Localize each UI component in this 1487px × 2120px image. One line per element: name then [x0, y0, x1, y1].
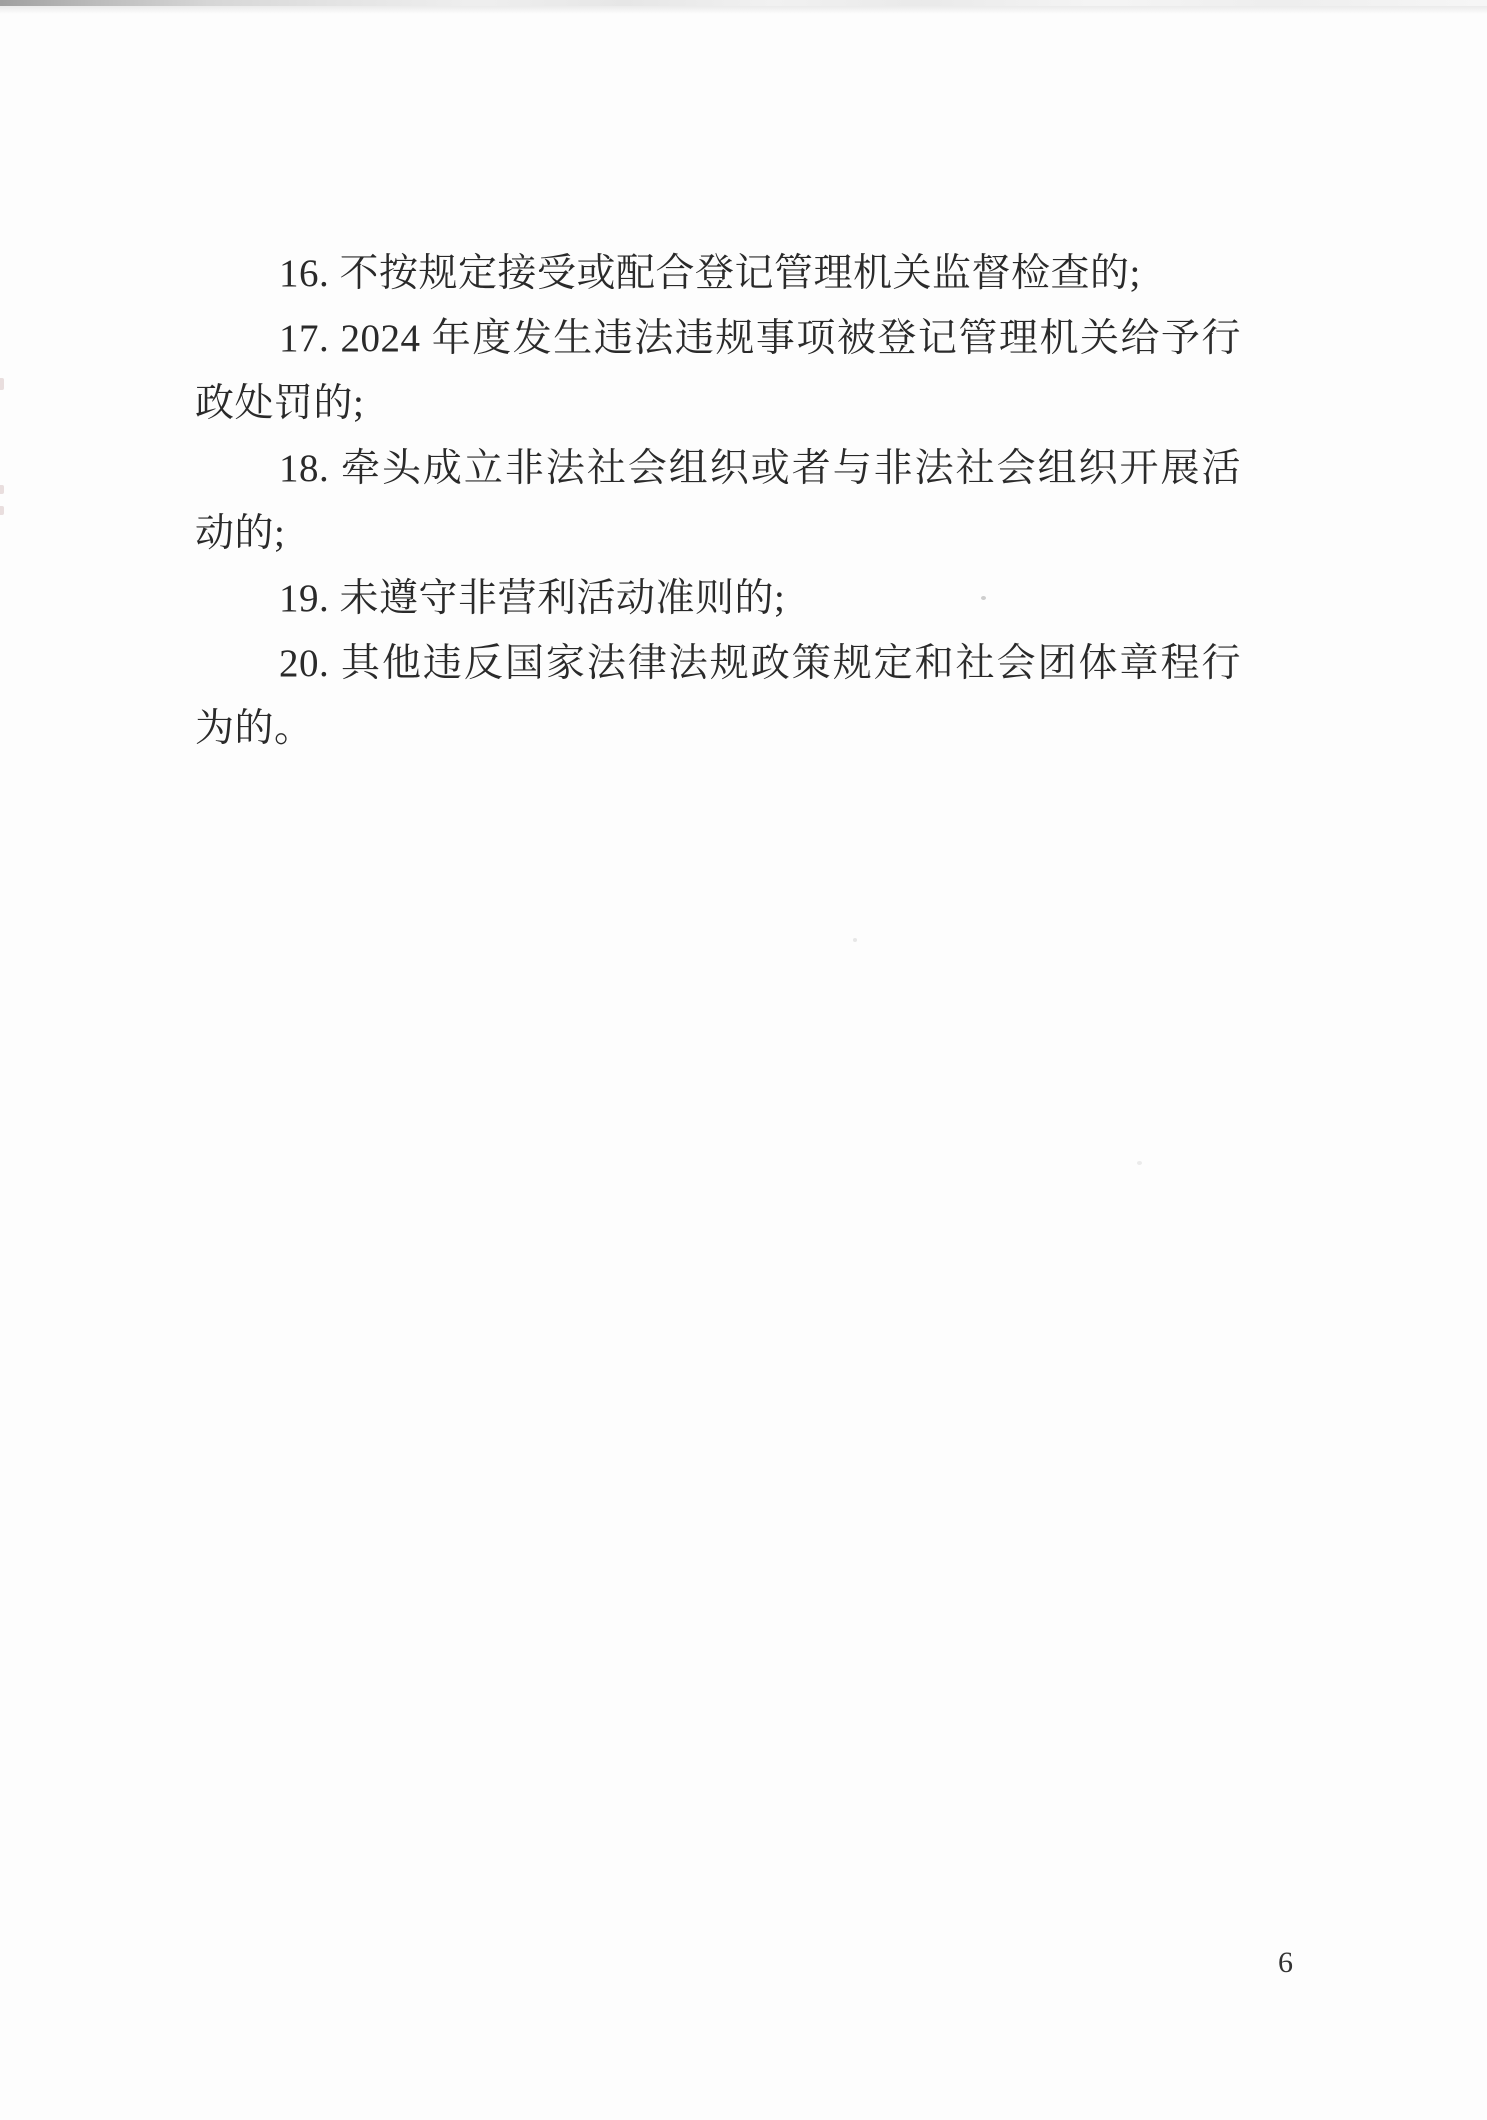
scan-edge-mark — [0, 485, 4, 494]
scan-speck — [981, 596, 986, 600]
scanned-document-page: 16. 不按规定接受或配合登记管理机关监督检查的; 17. 2024 年度发生违… — [0, 0, 1487, 2120]
scan-speck — [1137, 1161, 1142, 1165]
list-item-18: 18. 牵头成立非法社会组织或者与非法社会组织开展活动的; — [195, 436, 1241, 566]
list-item-19: 19. 未遵守非营利活动准则的; — [195, 566, 1241, 631]
scan-edge-mark — [0, 378, 4, 390]
list-item-17: 17. 2024 年度发生违法违规事项被登记管理机关给予行政处罚的; — [195, 306, 1241, 436]
scanner-edge-band-fade — [0, 6, 1487, 14]
document-body: 16. 不按规定接受或配合登记管理机关监督检查的; 17. 2024 年度发生违… — [195, 241, 1241, 761]
page-number: 6 — [1278, 1946, 1293, 1980]
scan-edge-mark — [0, 506, 4, 515]
scan-speck — [853, 938, 857, 942]
list-item-16: 16. 不按规定接受或配合登记管理机关监督检查的; — [195, 241, 1241, 306]
list-item-20: 20. 其他违反国家法律法规政策规定和社会团体章程行为的。 — [195, 631, 1241, 761]
